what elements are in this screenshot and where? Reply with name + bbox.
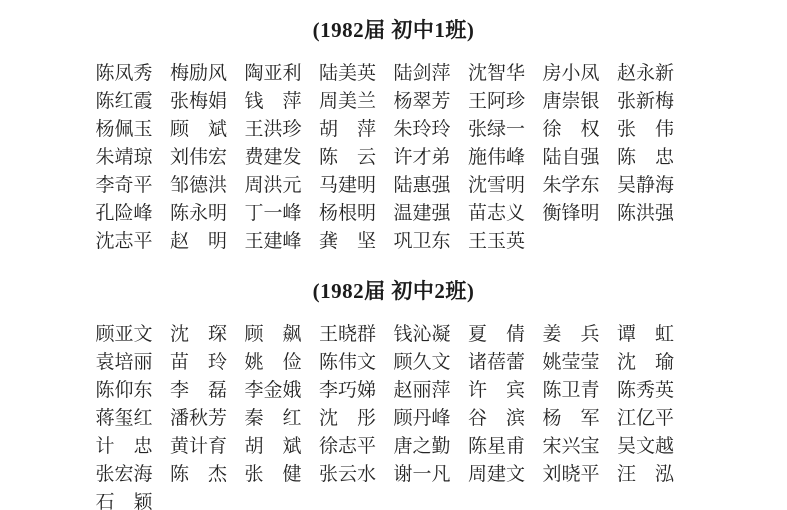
student-name: 陈 杰 <box>170 461 245 489</box>
student-name: 沈志平 <box>96 228 171 256</box>
student-name: 陈洪强 <box>617 200 692 228</box>
student-name: 陆惠强 <box>394 172 469 200</box>
student-name: 龚 坚 <box>319 228 394 256</box>
student-name: 袁培丽 <box>96 349 171 377</box>
student-name: 杨翠芳 <box>394 88 469 116</box>
student-name: 陈秀英 <box>617 377 692 405</box>
student-name: 胡 萍 <box>319 116 394 144</box>
student-name: 张 健 <box>245 461 320 489</box>
name-row: 张宏海陈 杰张 健张云水谢一凡周建文刘晓平汪 泓 <box>96 461 692 489</box>
student-name: 唐崇银 <box>543 88 618 116</box>
class-1-name-grid: 陈凤秀梅励风陶亚利陆美英陆剑萍沈智华房小凤赵永新陈红霞张梅娟钱 萍周美兰杨翠芳王… <box>96 60 692 256</box>
name-row: 顾亚文沈 琛顾 飙王晓群钱沁凝夏 倩姜 兵谭 虹 <box>96 321 692 349</box>
student-name: 房小凤 <box>543 60 618 88</box>
student-name: 苗 玲 <box>170 349 245 377</box>
class-section-2: (1982届 初中2班) 顾亚文沈 琛顾 飙王晓群钱沁凝夏 倩姜 兵谭 虹袁培丽… <box>0 256 787 510</box>
student-name: 沈 彤 <box>319 405 394 433</box>
student-name: 陈卫青 <box>543 377 618 405</box>
student-name: 张新梅 <box>617 88 692 116</box>
student-name: 谷 滨 <box>468 405 543 433</box>
student-name: 沈 瑜 <box>617 349 692 377</box>
name-row: 石 颖 <box>96 489 692 510</box>
student-name: 朱学东 <box>543 172 618 200</box>
student-name: 张宏海 <box>96 461 171 489</box>
student-name: 江亿平 <box>617 405 692 433</box>
student-name: 杨佩玉 <box>96 116 171 144</box>
name-row: 陈仰东李 磊李金娥李巧娣赵丽萍许 宾陈卫青陈秀英 <box>96 377 692 405</box>
student-name: 夏 倩 <box>468 321 543 349</box>
student-name: 姚莹莹 <box>543 349 618 377</box>
name-row: 计 忠黄计育胡 斌徐志平唐之勤陈星甫宋兴宝吴文越 <box>96 433 692 461</box>
student-name: 周建文 <box>468 461 543 489</box>
student-name: 李 磊 <box>170 377 245 405</box>
name-row: 朱靖琼刘伟宏费建发陈 云许才弟施伟峰陆自强陈 忠 <box>96 144 692 172</box>
student-name: 杨 军 <box>543 405 618 433</box>
student-name: 朱靖琼 <box>96 144 171 172</box>
class-1-title: (1982届 初中1班) <box>0 0 787 44</box>
student-name: 计 忠 <box>96 433 171 461</box>
student-name: 徐 权 <box>543 116 618 144</box>
student-name: 李金娥 <box>245 377 320 405</box>
student-name: 黄计育 <box>170 433 245 461</box>
student-name: 顾 斌 <box>170 116 245 144</box>
name-row: 袁培丽苗 玲姚 俭陈伟文顾久文诸蓓蕾姚莹莹沈 瑜 <box>96 349 692 377</box>
student-name: 吴文越 <box>617 433 692 461</box>
student-name: 梅励风 <box>170 60 245 88</box>
student-name: 顾亚文 <box>96 321 171 349</box>
student-name: 钱沁凝 <box>394 321 469 349</box>
student-name: 胡 斌 <box>245 433 320 461</box>
student-name: 朱玲玲 <box>394 116 469 144</box>
student-name: 陈红霞 <box>96 88 171 116</box>
student-name: 陆剑萍 <box>394 60 469 88</box>
student-name: 陈凤秀 <box>96 60 171 88</box>
student-name: 王建峰 <box>245 228 320 256</box>
student-name: 宋兴宝 <box>543 433 618 461</box>
student-name: 丁一峰 <box>245 200 320 228</box>
student-name: 潘秋芳 <box>170 405 245 433</box>
student-name: 王洪珍 <box>245 116 320 144</box>
student-name: 姚 俭 <box>245 349 320 377</box>
student-name: 姜 兵 <box>543 321 618 349</box>
student-name: 马建明 <box>319 172 394 200</box>
student-name: 陶亚利 <box>245 60 320 88</box>
student-name: 周美兰 <box>319 88 394 116</box>
student-name: 陈仰东 <box>96 377 171 405</box>
name-row: 孔险峰陈永明丁一峰杨根明温建强苗志义衡锋明陈洪强 <box>96 200 692 228</box>
student-name: 沈 琛 <box>170 321 245 349</box>
student-name: 张梅娟 <box>170 88 245 116</box>
student-name: 陆自强 <box>543 144 618 172</box>
name-row: 杨佩玉顾 斌王洪珍胡 萍朱玲玲张绿一徐 权张 伟 <box>96 116 692 144</box>
class-section-1: (1982届 初中1班) 陈凤秀梅励风陶亚利陆美英陆剑萍沈智华房小凤赵永新陈红霞… <box>0 0 787 256</box>
student-name: 刘伟宏 <box>170 144 245 172</box>
student-name: 吴静海 <box>617 172 692 200</box>
student-name: 谢一凡 <box>394 461 469 489</box>
student-name: 施伟峰 <box>468 144 543 172</box>
name-row: 陈凤秀梅励风陶亚利陆美英陆剑萍沈智华房小凤赵永新 <box>96 60 692 88</box>
student-name: 孔险峰 <box>96 200 171 228</box>
student-name: 赵 明 <box>170 228 245 256</box>
student-name: 周洪元 <box>245 172 320 200</box>
student-name: 苗志义 <box>468 200 543 228</box>
student-name: 杨根明 <box>319 200 394 228</box>
student-name: 顾丹峰 <box>394 405 469 433</box>
student-name: 邹德洪 <box>170 172 245 200</box>
student-name: 王晓群 <box>319 321 394 349</box>
student-name: 李奇平 <box>96 172 171 200</box>
student-name: 巩卫东 <box>394 228 469 256</box>
name-row: 陈红霞张梅娟钱 萍周美兰杨翠芳王阿珍唐崇银张新梅 <box>96 88 692 116</box>
student-name: 许才弟 <box>394 144 469 172</box>
student-name: 张云水 <box>319 461 394 489</box>
student-name: 陈星甫 <box>468 433 543 461</box>
student-name: 陆美英 <box>319 60 394 88</box>
student-name: 陈 云 <box>319 144 394 172</box>
student-name: 赵丽萍 <box>394 377 469 405</box>
student-name: 顾久文 <box>394 349 469 377</box>
student-name: 刘晓平 <box>543 461 618 489</box>
student-name: 李巧娣 <box>319 377 394 405</box>
student-name: 沈雪明 <box>468 172 543 200</box>
student-name: 石 颖 <box>96 489 171 510</box>
class-roster-page: (1982届 初中1班) 陈凤秀梅励风陶亚利陆美英陆剑萍沈智华房小凤赵永新陈红霞… <box>0 0 787 510</box>
student-name: 衡锋明 <box>543 200 618 228</box>
class-2-title: (1982届 初中2班) <box>0 256 787 305</box>
student-name: 张 伟 <box>617 116 692 144</box>
student-name: 顾 飙 <box>245 321 320 349</box>
class-2-name-grid: 顾亚文沈 琛顾 飙王晓群钱沁凝夏 倩姜 兵谭 虹袁培丽苗 玲姚 俭陈伟文顾久文诸… <box>96 321 692 510</box>
student-name: 诸蓓蕾 <box>468 349 543 377</box>
student-name: 钱 萍 <box>245 88 320 116</box>
student-name: 王玉英 <box>468 228 543 256</box>
student-name: 徐志平 <box>319 433 394 461</box>
student-name: 唐之勤 <box>394 433 469 461</box>
student-name: 张绿一 <box>468 116 543 144</box>
name-row: 蒋玺红潘秋芳秦 红沈 彤顾丹峰谷 滨杨 军江亿平 <box>96 405 692 433</box>
student-name: 王阿珍 <box>468 88 543 116</box>
student-name: 蒋玺红 <box>96 405 171 433</box>
name-row: 沈志平赵 明王建峰龚 坚巩卫东王玉英 <box>96 228 692 256</box>
student-name: 沈智华 <box>468 60 543 88</box>
student-name: 温建强 <box>394 200 469 228</box>
student-name: 赵永新 <box>617 60 692 88</box>
student-name: 谭 虹 <box>617 321 692 349</box>
student-name: 汪 泓 <box>617 461 692 489</box>
student-name: 陈永明 <box>170 200 245 228</box>
student-name: 费建发 <box>245 144 320 172</box>
student-name: 陈伟文 <box>319 349 394 377</box>
name-row: 李奇平邹德洪周洪元马建明陆惠强沈雪明朱学东吴静海 <box>96 172 692 200</box>
student-name: 陈 忠 <box>617 144 692 172</box>
student-name: 许 宾 <box>468 377 543 405</box>
student-name: 秦 红 <box>245 405 320 433</box>
